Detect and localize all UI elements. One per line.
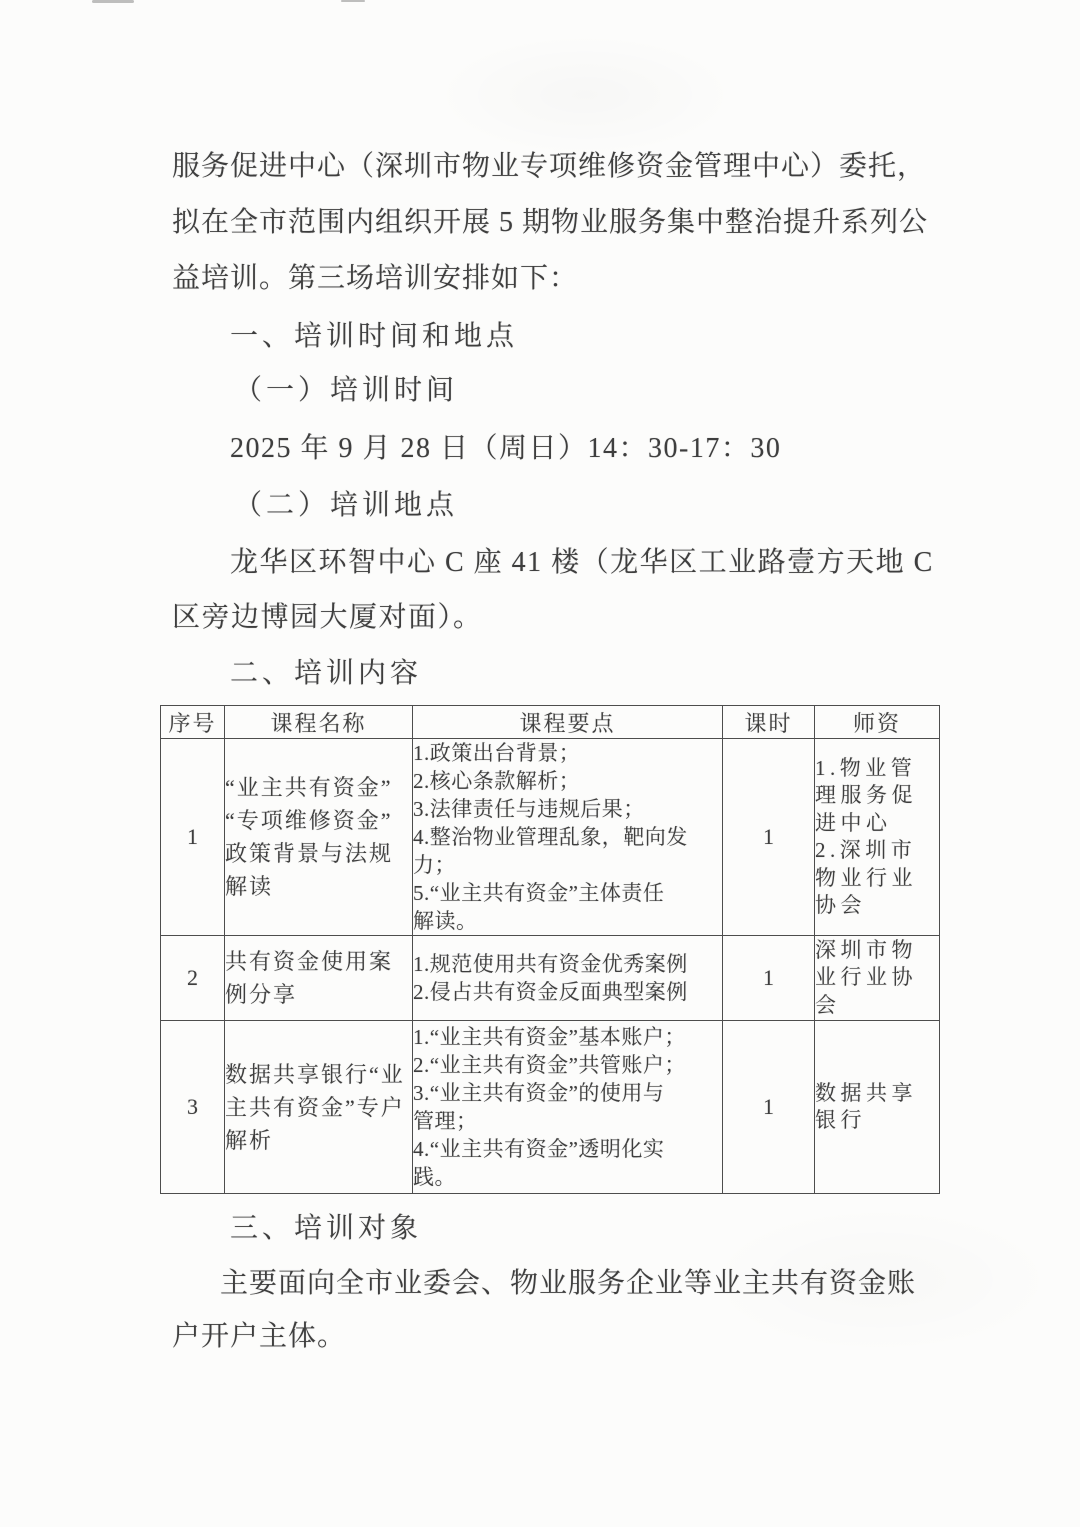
course-point-line: 3.“业主共有资金”的使用与 — [413, 1079, 722, 1107]
scan-artifact — [341, 0, 365, 2]
teacher-line: 数据共享 — [815, 1080, 939, 1108]
course-name-line: 解析 — [225, 1124, 412, 1157]
teacher-line: 银行 — [815, 1107, 939, 1135]
course-hours: 1 — [723, 739, 815, 936]
course-name-line: 政策背景与法规 — [225, 837, 412, 870]
course-point-line: 管理； — [413, 1107, 722, 1135]
row-seq: 3 — [161, 1021, 225, 1194]
course-name-cell: “业主共有资金”“专项维修资金”政策背景与法规解读 — [225, 739, 413, 936]
header-points: 课程要点 — [413, 706, 723, 739]
teacher-line: 1.物业管 — [815, 755, 939, 783]
course-hours: 1 — [723, 1021, 815, 1194]
teacher-line: 业行业协 — [815, 964, 939, 992]
course-point-line: 2.侵占共有资金反面典型案例 — [413, 978, 722, 1006]
course-point-line: 4.整治物业管理乱象，靶向发 — [413, 823, 722, 851]
section-heading-2: 二、培训内容 — [230, 657, 422, 691]
body-line: 主要面向全市业委会、物业服务企业等业主共有资金账 — [220, 1267, 916, 1301]
course-point-line: 5.“业主共有资金”主体责任 — [413, 879, 722, 907]
section-heading-3: 三、培训对象 — [230, 1212, 422, 1246]
training-address-cont: 区旁边博园大厦对面）。 — [172, 601, 483, 635]
course-name-line: “业主共有资金” — [225, 771, 412, 804]
table-row: 2 共有资金使用案例分享 1.规范使用共有资金优秀案例2.侵占共有资金反面典型案… — [161, 936, 940, 1021]
course-name-line: 解读 — [225, 870, 412, 903]
course-point-line: 践。 — [413, 1163, 722, 1191]
course-name-cell: 共有资金使用案例分享 — [225, 936, 413, 1021]
teacher-line: 2.深圳市 — [815, 837, 939, 865]
training-address: 龙华区环智中心 C 座 41 楼（龙华区工业路壹方天地 C — [230, 546, 934, 580]
body-line: 拟在全市范围内组织开展 5 期物业服务集中整治提升系列公 — [172, 206, 928, 240]
course-point-line: 4.“业主共有资金”透明化实 — [413, 1135, 722, 1163]
teacher-cell: 1.物业管理服务促进中心2.深圳市物业行业协会 — [815, 739, 940, 936]
course-point-line: 1.政策出台背景； — [413, 739, 722, 767]
header-teacher: 师资 — [815, 706, 940, 739]
scan-artifact — [92, 0, 134, 3]
course-point-line: 力； — [413, 851, 722, 879]
course-point-line: 2.“业主共有资金”共管账户； — [413, 1051, 722, 1079]
body-line: 户开户主体。 — [172, 1320, 346, 1354]
teacher-line: 会 — [815, 992, 939, 1020]
course-point-line: 3.法律责任与违规后果； — [413, 795, 722, 823]
course-point-line: 解读。 — [413, 907, 722, 935]
training-content-table: 序号 课程名称 课程要点 课时 师资 1 “业主共有资金”“专项维修资金”政策背… — [160, 705, 940, 1194]
teacher-line: 协会 — [815, 892, 939, 920]
subsection-heading-1-2: （二）培训地点 — [234, 489, 458, 523]
course-points-cell: 1.政策出台背景；2.核心条款解析；3.法律责任与违规后果；4.整治物业管理乱象… — [413, 739, 723, 936]
course-name-line: 主共有资金”专户 — [225, 1091, 412, 1124]
teacher-line: 进中心 — [815, 810, 939, 838]
course-name-line: 共有资金使用案 — [225, 945, 412, 978]
course-point-line: 1.“业主共有资金”基本账户； — [413, 1023, 722, 1051]
header-course: 课程名称 — [225, 706, 413, 739]
subsection-heading-1-1: （一）培训时间 — [234, 374, 458, 408]
course-hours: 1 — [723, 936, 815, 1021]
teacher-line: 深圳市物 — [815, 937, 939, 965]
course-point-line: 2.核心条款解析； — [413, 767, 722, 795]
row-seq: 1 — [161, 739, 225, 936]
course-points-cell: 1.“业主共有资金”基本账户；2.“业主共有资金”共管账户；3.“业主共有资金”… — [413, 1021, 723, 1194]
course-name-line: “专项维修资金” — [225, 804, 412, 837]
course-point-line: 1.规范使用共有资金优秀案例 — [413, 950, 722, 978]
header-seq: 序号 — [161, 706, 225, 739]
body-line: 服务促进中心（深圳市物业专项维修资金管理中心）委托， — [172, 150, 926, 184]
course-name-line: 例分享 — [225, 978, 412, 1011]
row-seq: 2 — [161, 936, 225, 1021]
table-row: 1 “业主共有资金”“专项维修资金”政策背景与法规解读 1.政策出台背景；2.核… — [161, 739, 940, 936]
scanned-document-page: 服务促进中心（深圳市物业专项维修资金管理中心）委托， 拟在全市范围内组织开展 5… — [0, 0, 1080, 1527]
teacher-cell: 数据共享银行 — [815, 1021, 940, 1194]
training-datetime: 2025 年 9 月 28 日（周日）14：30-17：30 — [230, 432, 781, 466]
section-heading-1: 一、培训时间和地点 — [230, 320, 518, 354]
teacher-line: 理服务促 — [815, 782, 939, 810]
teacher-line: 物业行业 — [815, 865, 939, 893]
course-name-line: 数据共享银行“业 — [225, 1058, 412, 1091]
body-line: 益培训。第三场培训安排如下： — [172, 262, 578, 296]
teacher-cell: 深圳市物业行业协会 — [815, 936, 940, 1021]
course-name-cell: 数据共享银行“业主共有资金”专户解析 — [225, 1021, 413, 1194]
table-header-row: 序号 课程名称 课程要点 课时 师资 — [161, 706, 940, 739]
course-points-cell: 1.规范使用共有资金优秀案例2.侵占共有资金反面典型案例 — [413, 936, 723, 1021]
header-hours: 课时 — [723, 706, 815, 739]
table-row: 3 数据共享银行“业主共有资金”专户解析 1.“业主共有资金”基本账户；2.“业… — [161, 1021, 940, 1194]
